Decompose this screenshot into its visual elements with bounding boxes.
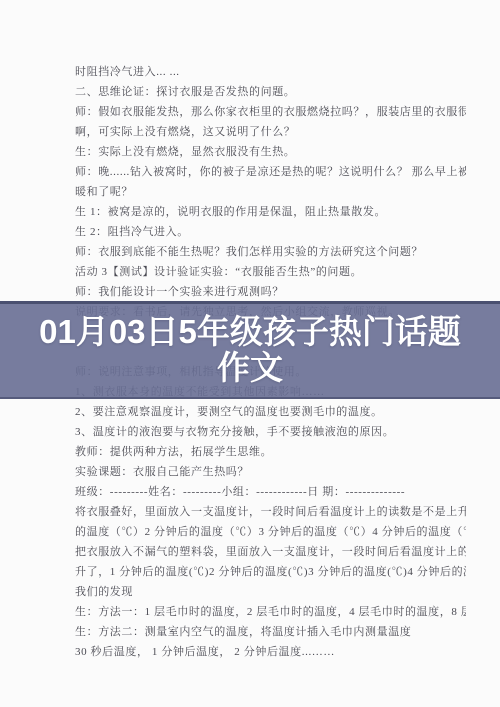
document-line: 实验课题：衣服自己能产生热吗？ <box>75 462 466 482</box>
document-line: 活动 3【测试】设计验证实验：“衣服能否生热”的问题。 <box>75 262 466 282</box>
page-title-line1: 01月03日5年级孩子热门话题 <box>0 314 500 350</box>
document-line: 班级：---------姓名：---------小组：------------日… <box>75 482 466 502</box>
document-line: 师：假如衣服能发热，那么你家衣柜里的衣服燃烧拉吗？，服装店里的衣服很多也应该燃烧 <box>75 102 466 122</box>
page-title-line2: 作文 <box>0 350 500 386</box>
document-line: 将衣服叠好，里面放入一支温度计，一段时间后看温度计上的读数是不是上升了，1 分钟… <box>75 502 466 522</box>
document-line: 生 1：被窝是凉的，说明衣服的作用是保温，阻止热量散发。 <box>75 202 466 222</box>
document-line: 时阻挡冷气进入... ... <box>75 62 466 82</box>
document-line: 的温度（℃）2 分钟后的温度（℃）3 分钟后的温度（℃）4 分钟后的温度（℃）.… <box>75 522 466 542</box>
document-line: 把衣服放入不漏气的塑料袋，里面放入一支温度计，一段时间后看温度计上的读数是不是上 <box>75 542 466 562</box>
document-line: 啊，可实际上没有燃烧，这又说明了什么？ <box>75 122 466 142</box>
document-line: 教师：提供两种方法，拓展学生思维。 <box>75 442 466 462</box>
document-line: 二、思维论证：探讨衣服是否发热的问题。 <box>75 82 466 102</box>
document-line: 生 2：阻挡冷气进入。 <box>75 222 466 242</box>
page-title: 01月03日5年级孩子热门话题 作文 <box>0 314 500 386</box>
document-line: 师：晚......钻入被窝时，你的被子是凉还是热的呢？这说明什么？ 那么早上被窝… <box>75 162 466 182</box>
document-line: 师：衣服到底能不能生热呢？我们怎样用实验的方法研究这个问题？ <box>75 242 466 262</box>
article-page: 时阻挡冷气进入... ...二、思维论证：探讨衣服是否发热的问题。师：假如衣服能… <box>0 0 500 707</box>
document-line: 生：实际上没有燃烧，显然衣服没有生热。 <box>75 142 466 162</box>
document-line: 30 秒后温度， 1 分钟后温度， 2 分钟后温度...…… <box>75 642 466 662</box>
title-banner: 01月03日5年级孩子热门话题 作文 <box>0 301 500 399</box>
document-line: 生：方法二：测量室内空气的温度，将温度计插入毛巾内测量温度 <box>75 622 466 642</box>
document-line: 生：方法一：1 层毛巾时的温度，2 层毛巾时的温度，4 层毛巾时的温度，8 层毛… <box>75 602 466 622</box>
document-line: 暖和了呢？ <box>75 182 466 202</box>
document-line: 升了，1 分钟后的温度(℃)2 分钟后的温度(℃)3 分钟后的温度(℃)4 分钟… <box>75 562 466 582</box>
document-line: 2、要注意观察温度计，要测空气的温度也要测毛巾的温度。 <box>75 402 466 422</box>
document-line: 3、温度计的液泡要与衣物充分接触，手不要接触液泡的原因。 <box>75 422 466 442</box>
document-line: 师：我们能设计一个实验来进行观测吗？ <box>75 282 466 302</box>
document-line: 我们的发现 <box>75 582 466 602</box>
